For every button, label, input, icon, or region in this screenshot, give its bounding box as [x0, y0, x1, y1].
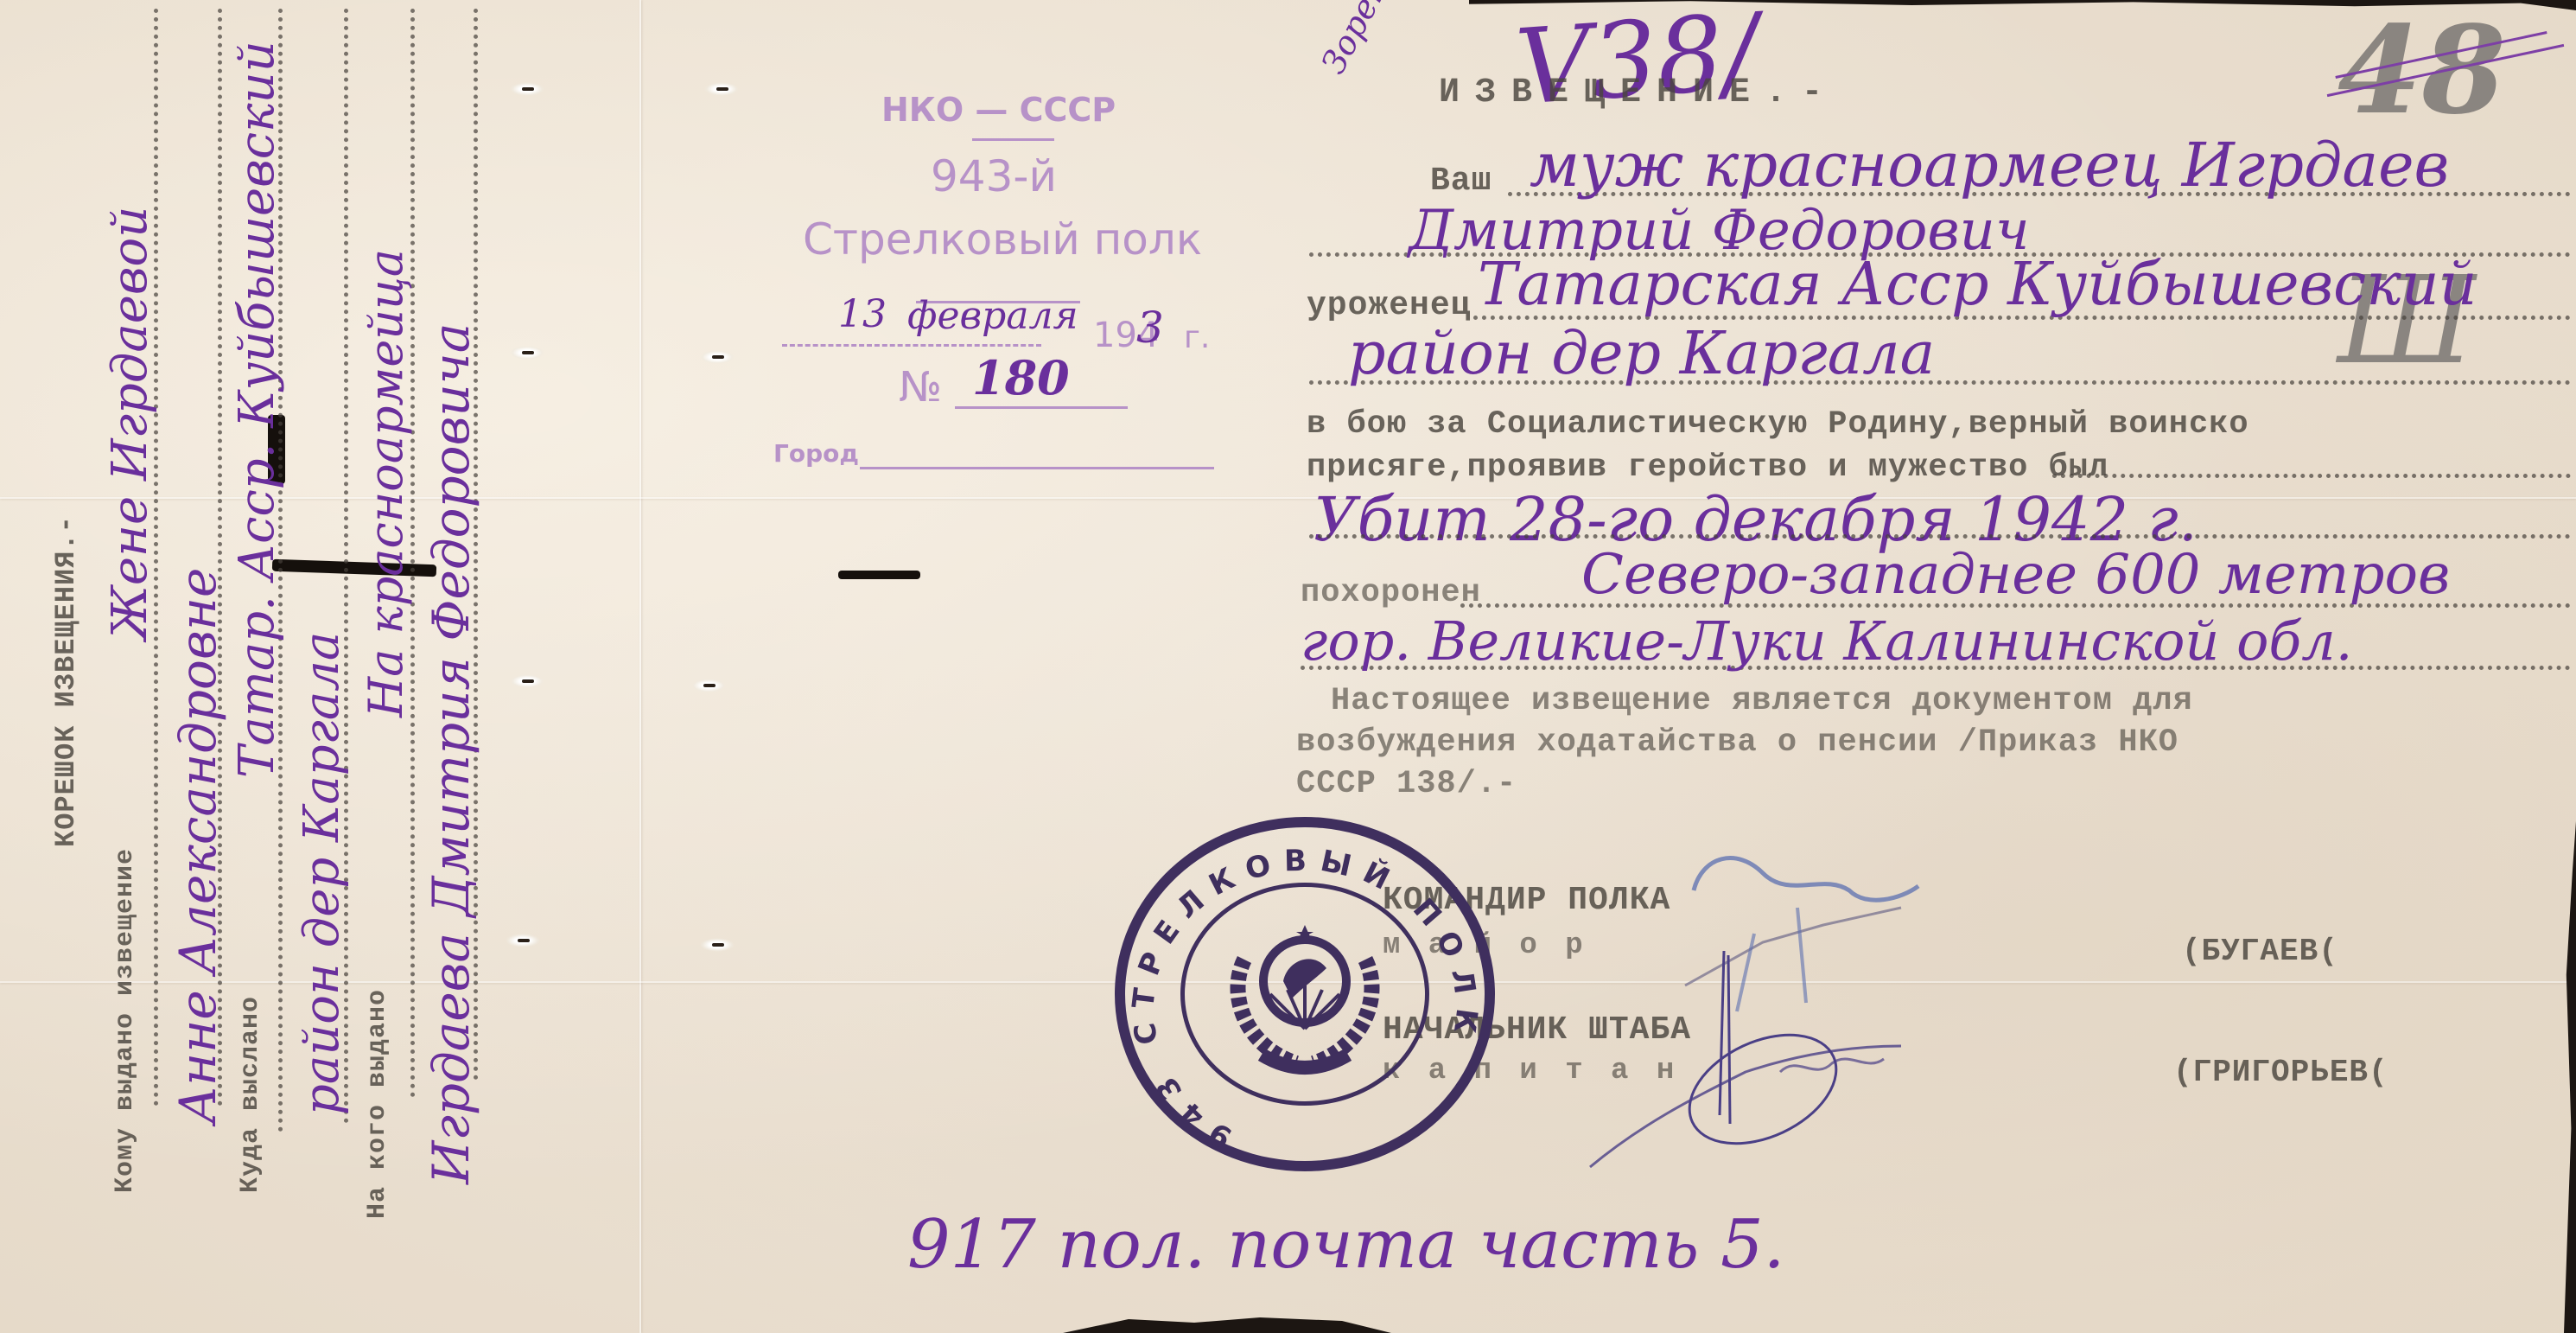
buried-label: похоронен	[1301, 575, 1481, 611]
perforation-hole	[700, 350, 735, 364]
perforation-hole	[704, 82, 739, 96]
document-paper: КОРЕШОК ИЗВЕЩЕНИЯ.- Кому выдано извещени…	[0, 0, 2576, 1333]
stamp-date-month: февраля	[907, 294, 1078, 338]
stub-where-value-1: Татар. Асср. Куйбышевский	[229, 41, 285, 778]
chief-of-staff-name: (ГРИГОРЬЕВ(	[2173, 1055, 2388, 1090]
field-post-note: 917 пол. почта часть 5.	[907, 1206, 1784, 1284]
stub-to-whom-value-1: Жене Игрдаевой	[102, 207, 158, 640]
stub-to-whom-value-2: Анне Александровне	[169, 568, 227, 1124]
fold-line	[639, 0, 641, 1333]
stamp-number-value: 180	[972, 350, 1070, 405]
stub-title: КОРЕШОК ИЗВЕЩЕНИЯ.-	[50, 515, 82, 847]
stamp-city-line	[860, 467, 1214, 469]
dotted-line	[2052, 474, 2571, 478]
recipient-line-1: муж красноармеец Игрдаев	[1530, 130, 2449, 201]
stamp-date-line	[782, 344, 1041, 347]
buried-line-2: гор. Великие-Луки Калининской обл.	[1301, 609, 2352, 673]
stub-where-label: Куда выслано	[236, 996, 265, 1193]
stamp-date-suffix: г.	[1184, 320, 1210, 355]
document-title: ИЗВЕЩЕНИЕ.-	[1439, 73, 1838, 112]
buried-line-1: Северо-западнее 600 метров	[1581, 543, 2450, 607]
stamp-number-line	[955, 406, 1128, 409]
perforation-hole	[700, 938, 735, 952]
torn-edge	[1063, 1316, 1391, 1333]
notice-line-1: Настоящее извещение является документом …	[1331, 683, 2193, 719]
body-line-2: присяге,проявив геройство и мужество был	[1307, 450, 2109, 486]
dotted-line	[1309, 534, 2571, 539]
stamp-regiment-number: 943-й	[881, 151, 1106, 201]
stamp-nko-ussr: НКО — СССР	[881, 91, 1106, 129]
born-line-2: район дер Каргала	[1348, 320, 1935, 388]
signature-scribbles	[1538, 839, 2143, 1184]
notice-line-3: СССР 138/.-	[1296, 766, 1517, 802]
recipient-prefix: Ваш	[1430, 163, 1492, 200]
corner-note: Зорениф ## дбаи	[1314, 0, 1492, 80]
torn-edge	[2564, 821, 2576, 1333]
perforation-hole	[510, 674, 544, 688]
stamp-city-label: Город	[773, 439, 859, 468]
perforation-hole	[691, 679, 726, 692]
tear-gash	[838, 571, 920, 579]
ussr-emblem-icon	[1210, 899, 1400, 1089]
stamp-regiment-name: Стрелковый полк	[778, 214, 1227, 265]
stub-for-whom-value-2: Игрдаева Дмитрия Федоровича	[422, 323, 480, 1184]
born-label: уроженец	[1307, 287, 1471, 324]
stub-where-value-2: район дер Каргала	[294, 632, 350, 1115]
commander-name: (БУГАЕВ(	[2182, 934, 2338, 969]
stamp-date-day: 13	[838, 292, 887, 336]
perforation-hole	[510, 82, 544, 96]
notice-line-2: возбуждения ходатайства о пенсии /Приказ…	[1296, 724, 2178, 761]
stamp-date-year-written: 3	[1136, 303, 1164, 353]
perforation-hole	[506, 934, 540, 947]
stub-to-whom-label: Кому выдано извещение	[111, 848, 140, 1193]
stub-for-whom-value-1: На красноармейца	[359, 249, 413, 718]
stub-for-whom-label: На кого выдано	[363, 989, 392, 1219]
regiment-round-seal: 943 СТРЕЛКОВЫЙ ПОЛК	[1115, 817, 1495, 1171]
born-line-1: Татарская Асср Куйбышевский	[1478, 251, 2477, 319]
stamp-divider	[972, 138, 1054, 141]
stamp-number-label: №	[899, 363, 942, 411]
perforation-hole	[510, 346, 544, 360]
body-line-1: в бою за Социалистическую Родину,верный …	[1307, 406, 2249, 443]
